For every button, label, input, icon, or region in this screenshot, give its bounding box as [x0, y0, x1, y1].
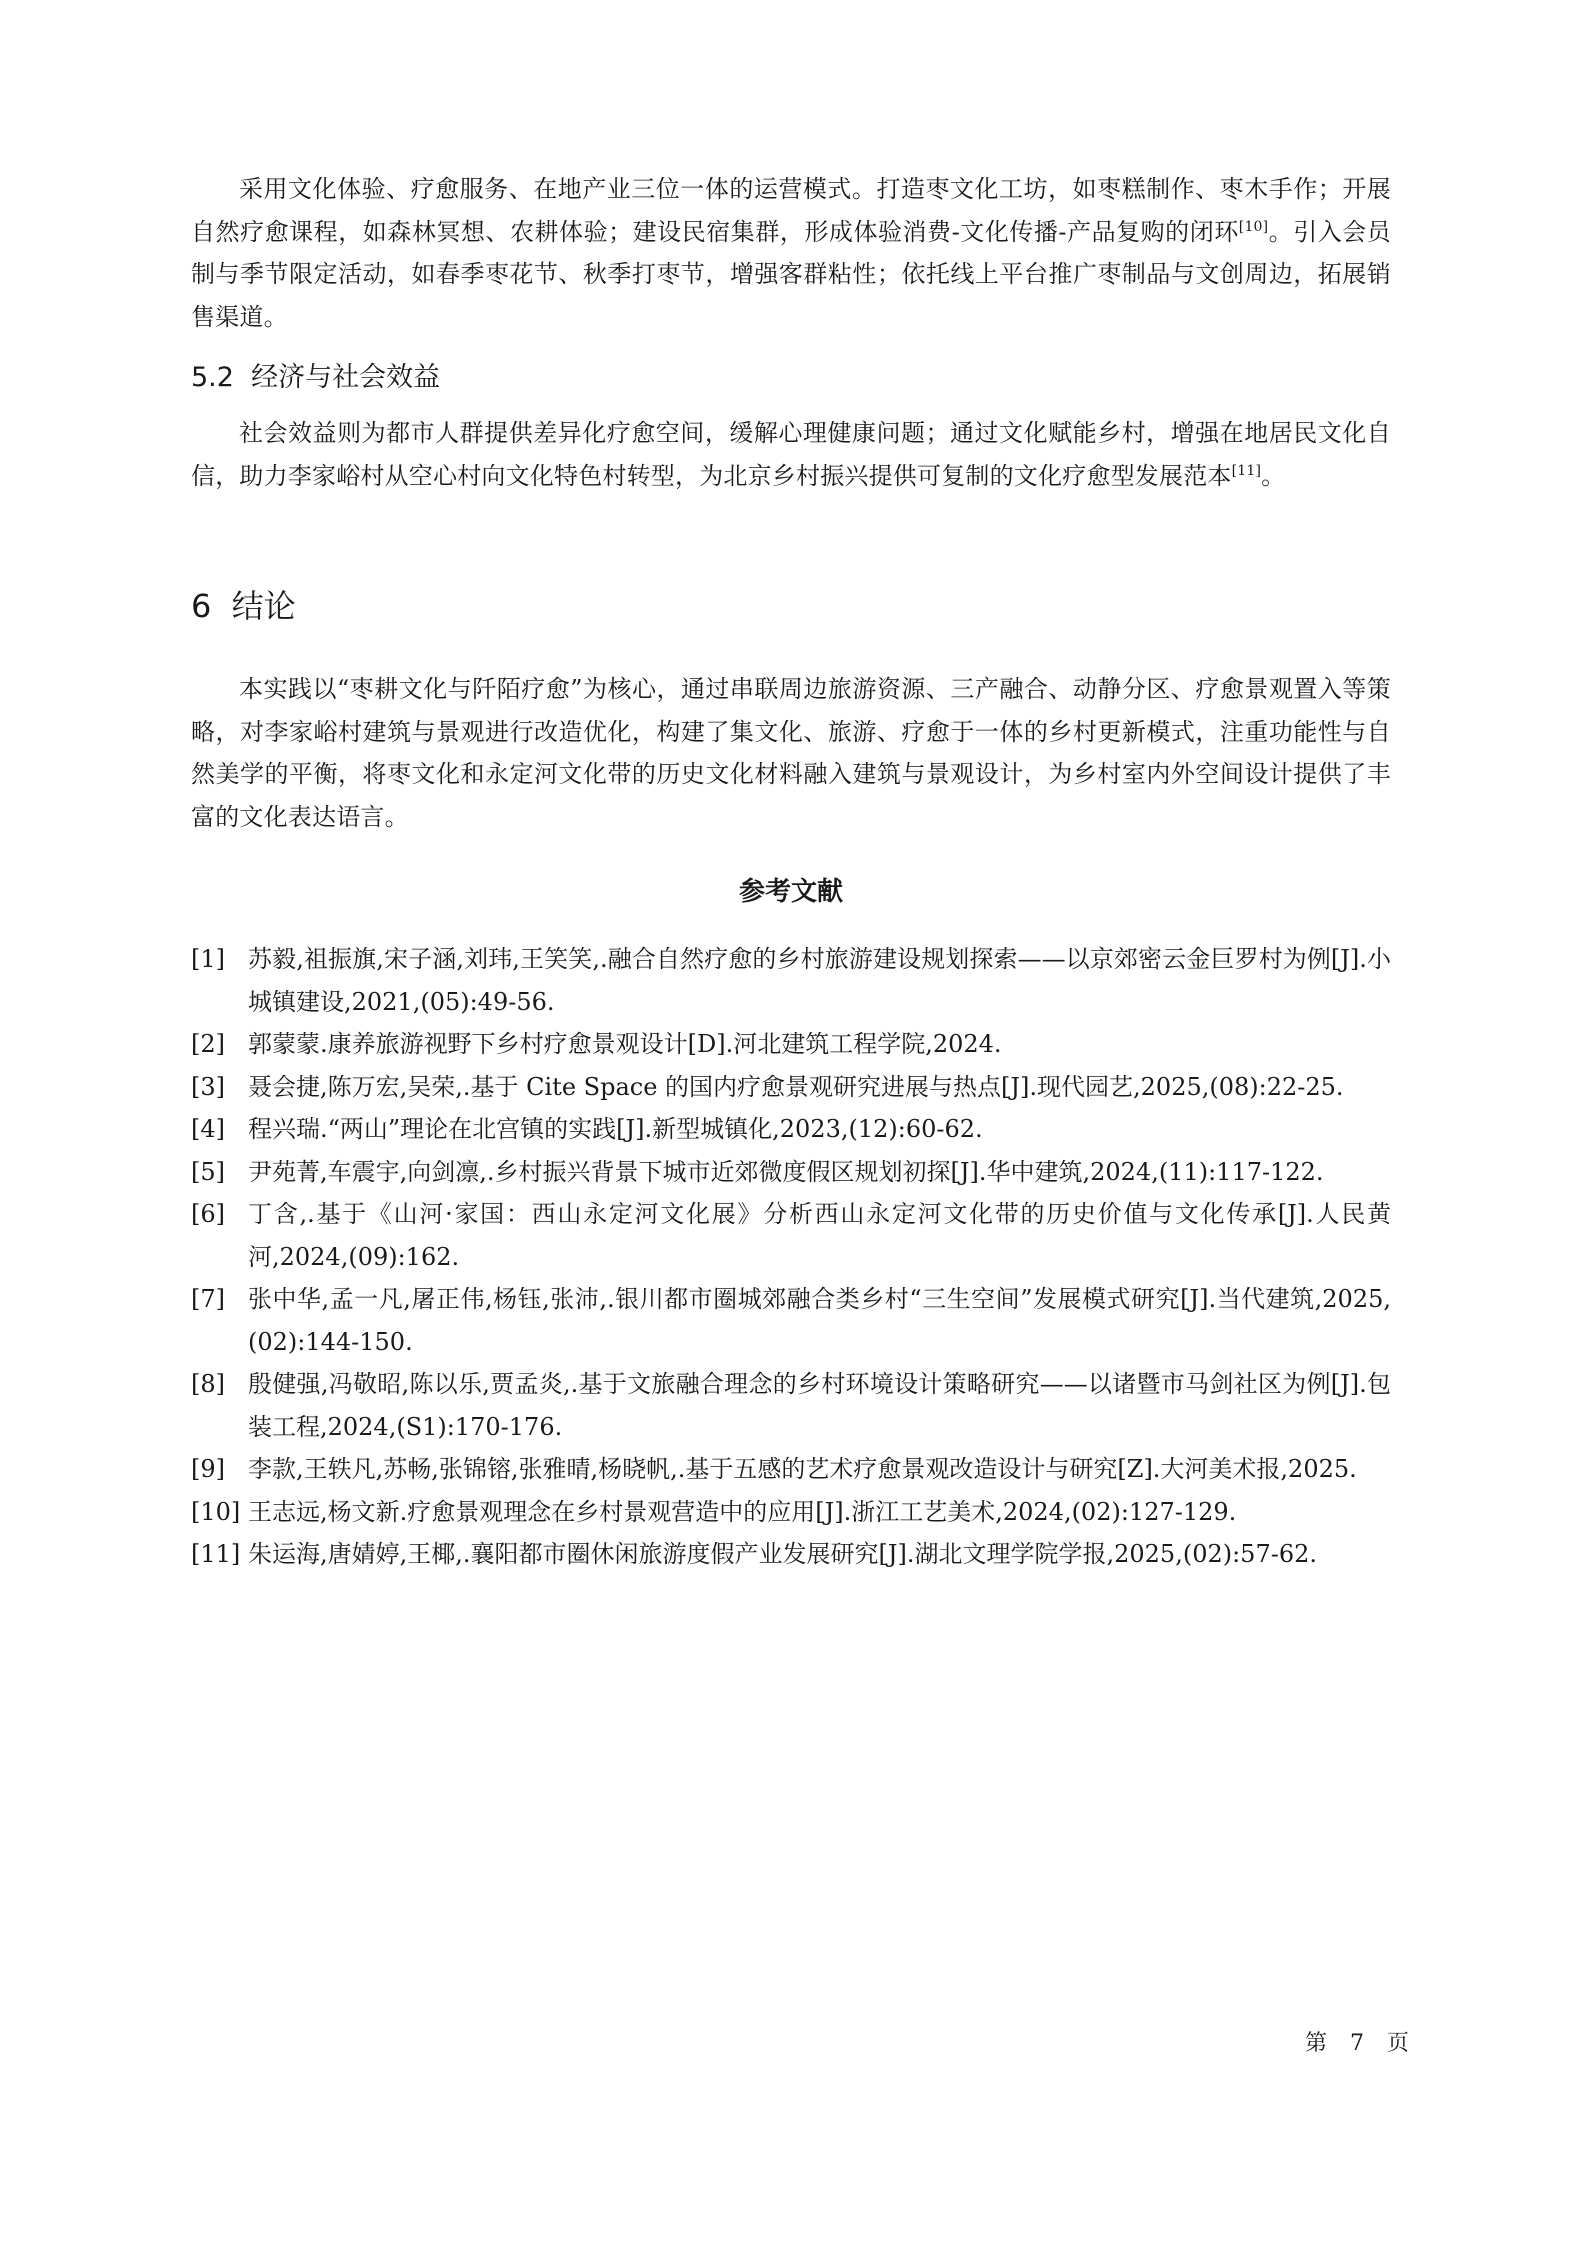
reference-text: 王志远,杨文新.疗愈景观理念在乡村景观营造中的应用[J].浙江工艺美术,2024…	[248, 1491, 1391, 1534]
reference-item: [9]李款,王轶凡,苏畅,张锦镕,张雅晴,杨晓帆,.基于五感的艺术疗愈景观改造设…	[191, 1448, 1391, 1491]
paragraph-text: 。	[1261, 462, 1285, 490]
reference-item: [3]聂会捷,陈万宏,吴荣,.基于 Cite Space 的国内疗愈景观研究进展…	[191, 1066, 1391, 1109]
reference-text: 尹苑菁,车震宇,向剑凛,.乡村振兴背景下城市近郊微度假区规划初探[J].华中建筑…	[248, 1151, 1391, 1194]
reference-item: [11]朱运海,唐婧婷,王椰,.襄阳都市圈休闲旅游度假产业发展研究[J].湖北文…	[191, 1533, 1391, 1576]
reference-text: 丁含,.基于《山河·家国：西山永定河文化展》分析西山永定河文化带的历史价值与文化…	[248, 1193, 1391, 1278]
reference-item: [7]张中华,孟一凡,屠正伟,杨钰,张沛,.银川都市圈城郊融合类乡村“三生空间”…	[191, 1278, 1391, 1363]
reference-item: [2]郭蒙蒙.康养旅游视野下乡村疗愈景观设计[D].河北建筑工程学院,2024.	[191, 1023, 1391, 1066]
reference-text: 郭蒙蒙.康养旅游视野下乡村疗愈景观设计[D].河北建筑工程学院,2024.	[248, 1023, 1391, 1066]
reference-label: [10]	[191, 1491, 248, 1534]
reference-text: 苏毅,祖振旗,宋子涵,刘玮,王笑笑,.融合自然疗愈的乡村旅游建设规划探索——以京…	[248, 938, 1391, 1023]
reference-item: [10]王志远,杨文新.疗愈景观理念在乡村景观营造中的应用[J].浙江工艺美术,…	[191, 1491, 1391, 1534]
reference-label: [8]	[191, 1363, 248, 1448]
reference-text: 朱运海,唐婧婷,王椰,.襄阳都市圈休闲旅游度假产业发展研究[J].湖北文理学院学…	[248, 1533, 1391, 1576]
reference-item: [1]苏毅,祖振旗,宋子涵,刘玮,王笑笑,.融合自然疗愈的乡村旅游建设规划探索—…	[191, 938, 1391, 1023]
reference-label: [6]	[191, 1193, 248, 1278]
reference-item: [6]丁含,.基于《山河·家国：西山永定河文化展》分析西山永定河文化带的历史价值…	[191, 1193, 1391, 1278]
reference-text: 李款,王轶凡,苏畅,张锦镕,张雅晴,杨晓帆,.基于五感的艺术疗愈景观改造设计与研…	[248, 1448, 1391, 1491]
reference-label: [1]	[191, 938, 248, 1023]
reference-label: [4]	[191, 1108, 248, 1151]
paragraph-social-benefits: 社会效益则为都市人群提供差异化疗愈空间，缓解心理健康问题；通过文化赋能乡村，增强…	[191, 412, 1391, 497]
reference-text: 聂会捷,陈万宏,吴荣,.基于 Cite Space 的国内疗愈景观研究进展与热点…	[248, 1066, 1391, 1109]
citation-marker: [11]	[1232, 463, 1262, 479]
references-title: 参考文献	[191, 872, 1391, 912]
paragraph-conclusion: 本实践以“枣耕文化与阡陌疗愈”为核心，通过串联周边旅游资源、三产融合、动静分区、…	[191, 668, 1391, 838]
reference-label: [5]	[191, 1151, 248, 1194]
reference-label: [3]	[191, 1066, 248, 1109]
paragraph-text: 社会效益则为都市人群提供差异化疗愈空间，缓解心理健康问题；通过文化赋能乡村，增强…	[191, 419, 1391, 490]
reference-label: [9]	[191, 1448, 248, 1491]
citation-marker: [10]	[1239, 219, 1269, 235]
reference-label: [2]	[191, 1023, 248, 1066]
paragraph-text: 采用文化体验、疗愈服务、在地产业三位一体的运营模式。打造枣文化工坊，如枣糕制作、…	[191, 175, 1391, 246]
reference-label: [11]	[191, 1533, 248, 1576]
reference-text: 张中华,孟一凡,屠正伟,杨钰,张沛,.银川都市圈城郊融合类乡村“三生空间”发展模…	[248, 1278, 1391, 1363]
references-list: [1]苏毅,祖振旗,宋子涵,刘玮,王笑笑,.融合自然疗愈的乡村旅游建设规划探索—…	[191, 938, 1391, 1576]
section-heading-5-2: 5.2 经济与社会效益	[191, 358, 440, 398]
reference-text: 殷健强,冯敬昭,陈以乐,贾孟炎,.基于文旅融合理念的乡村环境设计策略研究——以诸…	[248, 1363, 1391, 1448]
reference-item: [8]殷健强,冯敬昭,陈以乐,贾孟炎,.基于文旅融合理念的乡村环境设计策略研究—…	[191, 1363, 1391, 1448]
section-heading-6-conclusion: 6 结论	[191, 584, 296, 628]
page-number: 第 7 页	[1305, 2026, 1417, 2057]
reference-item: [5]尹苑菁,车震宇,向剑凛,.乡村振兴背景下城市近郊微度假区规划初探[J].华…	[191, 1151, 1391, 1194]
reference-text: 程兴瑞.“两山”理论在北宫镇的实践[J].新型城镇化,2023,(12):60-…	[248, 1108, 1391, 1151]
reference-label: [7]	[191, 1278, 248, 1363]
paragraph-operation-mode: 采用文化体验、疗愈服务、在地产业三位一体的运营模式。打造枣文化工坊，如枣糕制作、…	[191, 168, 1391, 338]
reference-item: [4]程兴瑞.“两山”理论在北宫镇的实践[J].新型城镇化,2023,(12):…	[191, 1108, 1391, 1151]
